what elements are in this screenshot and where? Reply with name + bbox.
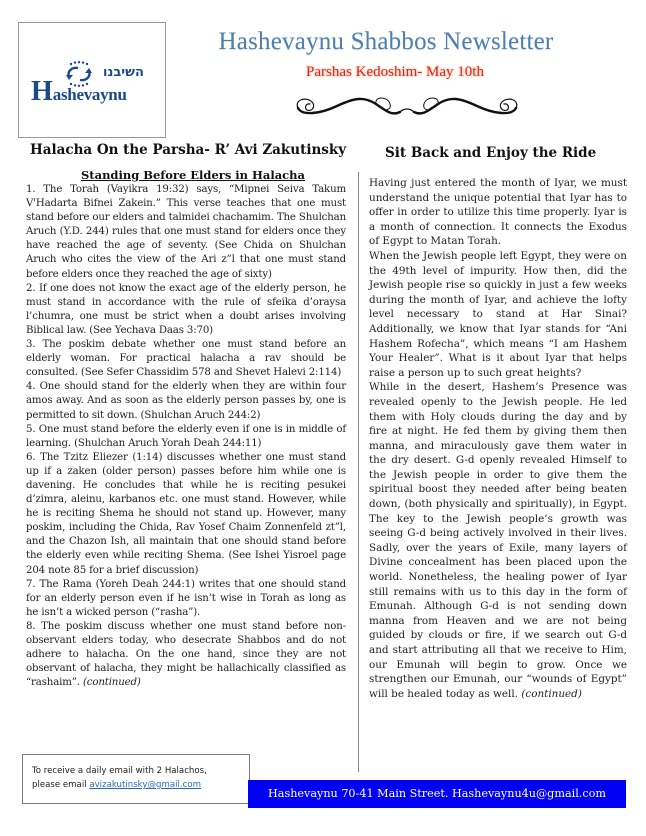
halacha-item-2: 2. If one does not know the exact age of… — [26, 282, 346, 338]
continued-note: (continued) — [521, 688, 582, 700]
logo-box: השיבנו Hashevaynu — [18, 22, 166, 138]
halacha-column: Standing Before Elders in Halacha 1. The… — [26, 168, 346, 690]
logo-latin-text: Hashevaynu — [31, 79, 127, 105]
article-heading: Sit Back and Enjoy the Ride — [385, 145, 596, 161]
halacha-item-6: 6. The Tzitz Eliezer (1:14) discusses wh… — [26, 451, 346, 578]
article-paragraph-1: Having just entered the month of Iyar, w… — [369, 176, 627, 249]
parsha-date-subtitle: Parshas Kedoshim- May 10th — [200, 64, 590, 81]
halacha-item-7: 7. The Rama (Yoreh Deah 244:1) writes th… — [26, 578, 346, 620]
article-paragraph-3: While in the desert, Hashem’s Presence w… — [369, 380, 627, 701]
logo-hebrew-text: השיבנו — [103, 65, 144, 80]
article-column: Having just entered the month of Iyar, w… — [369, 176, 627, 701]
halacha-item-5: 5. One must stand before the elderly eve… — [26, 423, 346, 451]
column-divider — [358, 172, 359, 772]
halacha-item-4: 4. One should stand for the elderly when… — [26, 380, 346, 422]
article-paragraph-2: When the Jewish people left Egypt, they … — [369, 249, 627, 380]
email-link[interactable]: avizakutinsky@gmail.com — [89, 780, 201, 790]
halacha-item-1: 1. The Torah (Vayikra 19:32) says, “Mipn… — [26, 183, 346, 282]
subscribe-text: To receive a daily email with 2 Halachos… — [32, 764, 207, 792]
continued-note: (continued) — [83, 677, 141, 688]
halacha-column-heading: Halacha On the Parsha- R’ Avi Zakutinsky — [30, 142, 346, 158]
scroll-flourish-icon — [292, 90, 522, 122]
subscribe-line-2: please email avizakutinsky@gmail.com — [32, 778, 207, 792]
newsletter-title: Hashevaynu Shabbos Newsletter — [176, 28, 596, 56]
subscribe-line-1: To receive a daily email with 2 Halachos… — [32, 764, 207, 778]
footer-address-bar: Hashevaynu 70-41 Main Street. Hashevaynu… — [248, 780, 626, 808]
subscribe-email-box: To receive a daily email with 2 Halachos… — [22, 754, 250, 804]
halacha-item-3: 3. The poskim debate whether one must st… — [26, 338, 346, 380]
hashevaynu-logo: השיבנו Hashevaynu — [31, 61, 165, 105]
halacha-subheading: Standing Before Elders in Halacha — [40, 168, 346, 183]
halacha-item-8: 8. The poskim discuss whether one must s… — [26, 620, 346, 690]
